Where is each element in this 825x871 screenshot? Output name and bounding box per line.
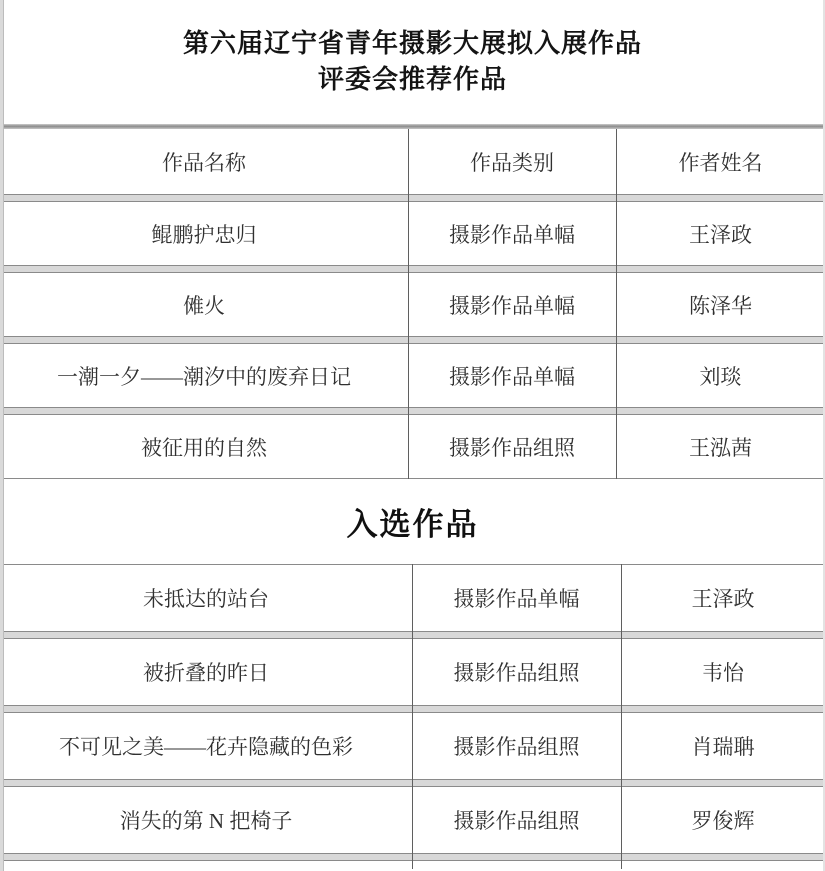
document-header: 第六届辽宁省青年摄影大展拟入展作品 评委会推荐作品 bbox=[0, 0, 825, 124]
author-name-cell: 陈泽华 bbox=[616, 273, 825, 336]
work-category-cell: 摄影作品组照 bbox=[412, 713, 621, 779]
author-name-cell: 韦怡 bbox=[621, 639, 825, 705]
work-title-cell: 一潮一夕——潮汐中的废弃日记 bbox=[0, 344, 408, 407]
work-category-cell: 摄影作品单幅 bbox=[408, 202, 616, 265]
work-title-cell: 消失的第 N 把椅子 bbox=[0, 787, 412, 853]
work-category-cell: 摄影作品组照 bbox=[412, 787, 621, 853]
table-row: 被征用的自然 摄影作品组照 王泓茜 bbox=[0, 414, 825, 479]
author-name-cell: 王泽政 bbox=[616, 202, 825, 265]
author-name-cell: 王泓茜 bbox=[616, 415, 825, 478]
author-name-cell: 肖瑞聃 bbox=[621, 713, 825, 779]
work-title-cell: 傩火 bbox=[0, 273, 408, 336]
table-header-row: 作品名称 作品类别 作者姓名 bbox=[0, 129, 825, 195]
scan-left-edge bbox=[0, 0, 4, 871]
work-category-cell: 摄影作品单幅 bbox=[408, 344, 616, 407]
author-name-cell: 王泽政 bbox=[621, 565, 825, 631]
work-title-cell: 被折叠的昨日 bbox=[0, 639, 412, 705]
header-work-title: 作品名称 bbox=[0, 129, 408, 194]
work-category-cell: 摄影作品单幅 bbox=[412, 565, 621, 631]
header-work-category: 作品类别 bbox=[408, 129, 616, 194]
author-name-cell: 刘琰 bbox=[616, 344, 825, 407]
recommended-works-table: 作品名称 作品类别 作者姓名 鲲鹏护忠归 摄影作品单幅 王泽政 傩火 摄影作品单… bbox=[0, 124, 825, 479]
work-category-cell: 摄影作品组照 bbox=[408, 415, 616, 478]
column-divider bbox=[412, 564, 413, 869]
work-category-cell: 摄影作品单幅 bbox=[408, 273, 616, 336]
table-row: 一潮一夕——潮汐中的废弃日记 摄影作品单幅 刘琰 bbox=[0, 343, 825, 408]
page-title-line2: 评委会推荐作品 bbox=[0, 62, 825, 98]
page-title-line1: 第六届辽宁省青年摄影大展拟入展作品 bbox=[0, 26, 825, 62]
column-divider bbox=[616, 129, 617, 479]
header-author-name: 作者姓名 bbox=[616, 129, 825, 194]
work-title-cell: 未抵达的站台 bbox=[0, 565, 412, 631]
work-title-cell: 不可见之美——花卉隐藏的色彩 bbox=[0, 713, 412, 779]
column-divider bbox=[621, 564, 622, 869]
work-category-cell: 摄影作品组照 bbox=[412, 639, 621, 705]
work-title-cell: 被征用的自然 bbox=[0, 415, 408, 478]
column-divider bbox=[408, 129, 409, 479]
work-title-cell: 鲲鹏护忠归 bbox=[0, 202, 408, 265]
author-name-cell: 罗俊辉 bbox=[621, 787, 825, 853]
section-title: 入选作品 bbox=[347, 499, 479, 544]
selected-works-section-header: 入选作品 bbox=[0, 479, 825, 564]
table-row: 傩火 摄影作品单幅 陈泽华 bbox=[0, 272, 825, 337]
table-row: 鲲鹏护忠归 摄影作品单幅 王泽政 bbox=[0, 201, 825, 266]
selected-works-table: 未抵达的站台 摄影作品单幅 王泽政 被折叠的昨日 摄影作品组照 韦怡 不可见之美… bbox=[0, 564, 825, 869]
